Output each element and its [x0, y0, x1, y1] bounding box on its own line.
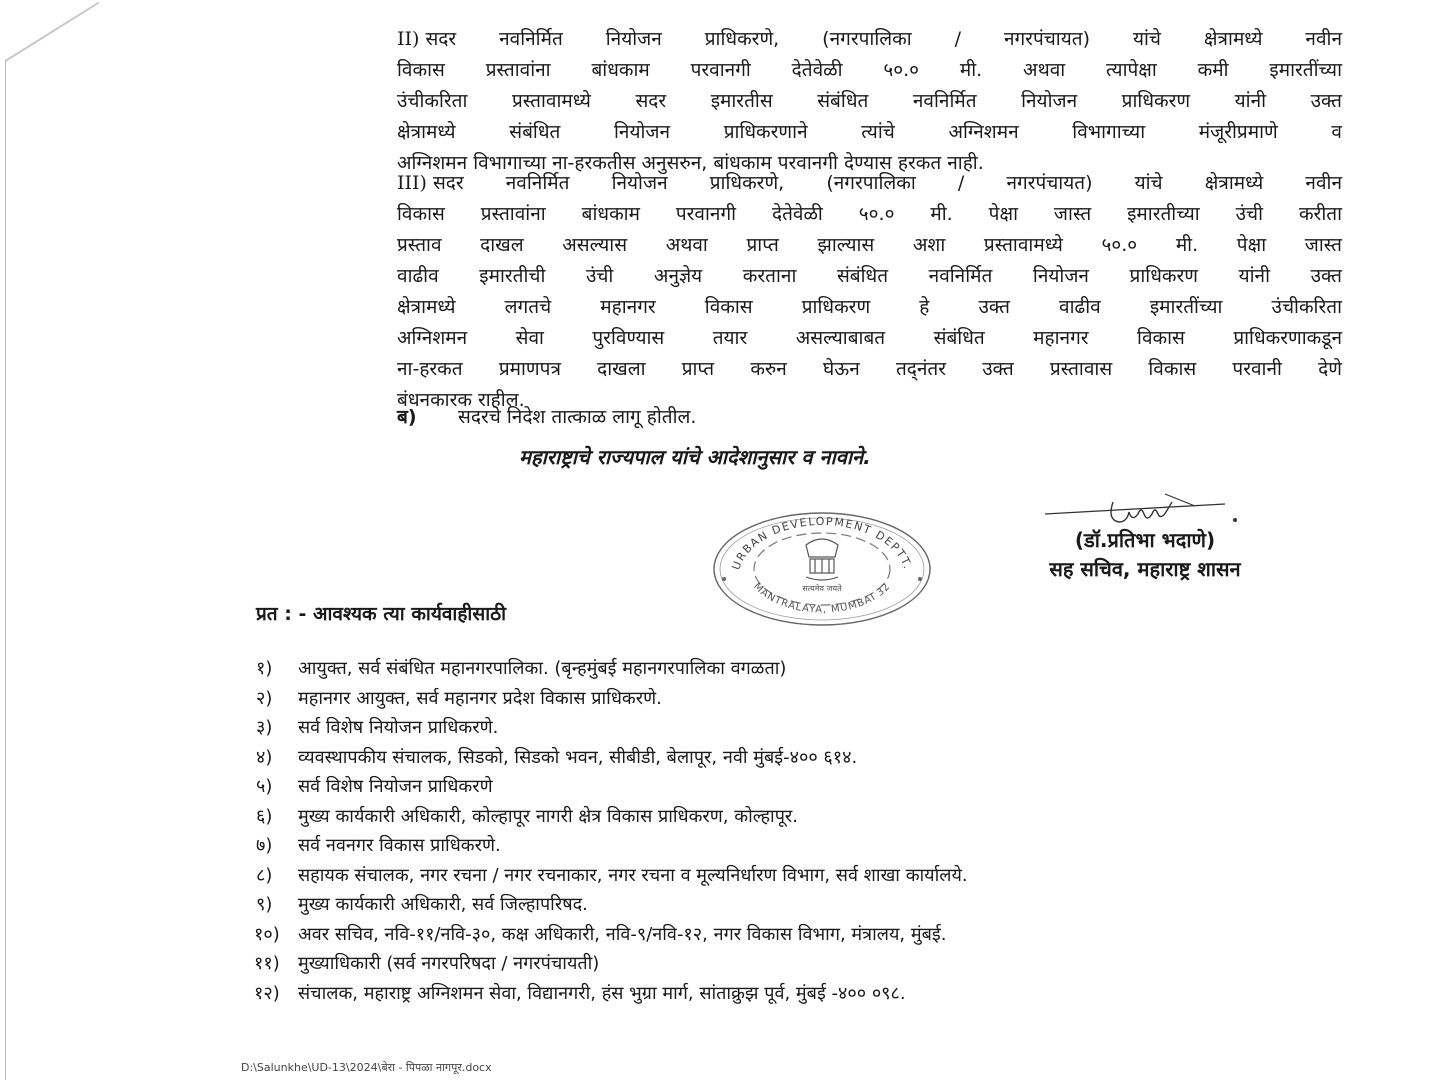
list-item-text: सर्व विशेष नियोजन प्राधिकरणे — [298, 776, 493, 797]
list-item-number: २) — [256, 684, 272, 714]
paragraph-line: III)सदर नवनिर्मित नियोजन प्राधिकरणे, (नग… — [397, 168, 1342, 199]
signatory-designation: सह सचिव, महाराष्ट्र शासन — [985, 555, 1305, 582]
page-left-edge — [5, 60, 6, 1080]
list-item-text: मुख्याधिकारी (सर्व नगरपरिषदा / नगरपंचायत… — [298, 953, 599, 974]
list-item-number: ८) — [256, 861, 272, 891]
paragraph-line: विकास प्रस्तावांना बांधकाम परवानगी देतेव… — [397, 55, 1342, 86]
svg-text:सत्यमेव जयते: सत्यमेव जयते — [802, 583, 842, 593]
list-item: ७)सर्व नवनगर विकास प्राधिकरणे. — [256, 831, 1346, 861]
list-item-number: १) — [256, 654, 272, 684]
list-item-text: मुख्य कार्यकारी अधिकारी, कोल्हापूर नागरी… — [298, 806, 798, 827]
paragraph-line: अग्निशमन सेवा पुरविण्यास तयार असल्याबाबत… — [397, 323, 1342, 354]
paragraph-line-text: उंचीकरिता प्रस्तावामध्ये सदर इमारतीस संब… — [397, 90, 1342, 112]
paragraph-line-text: अग्निशमन सेवा पुरविण्यास तयार असल्याबाबत… — [397, 327, 1342, 349]
list-item-number: ११) — [254, 949, 280, 979]
list-item-text: सर्व नवनगर विकास प्राधिकरणे. — [298, 835, 501, 856]
signature-icon — [1035, 490, 1255, 530]
list-item-text: सहायक संचालक, नगर रचना / नगर रचनाकार, नग… — [298, 865, 968, 886]
authority-line: महाराष्ट्राचे राज्यपाल यांचे आदेशानुसार … — [519, 443, 871, 470]
list-item-text: महानगर आयुक्त, सर्व महानगर प्रदेश विकास … — [298, 688, 662, 709]
page-fold-edge — [5, 2, 99, 62]
list-item-text: अवर सचिव, नवि-११/नवि-३०, कक्ष अधिकारी, न… — [298, 924, 946, 945]
paragraph-line-text: क्षेत्रामध्ये संबंधित नियोजन प्राधिकरणान… — [397, 121, 1342, 143]
urban-development-seal-icon: URBAN DEVELOPMENT DEPTT. MANTRALAYA, MUM… — [710, 507, 934, 627]
copy-recipient-list: १)आयुक्त, सर्व संबंधित महानगरपालिका. (बृ… — [256, 654, 1346, 1008]
paragraph-line: क्षेत्रामध्ये लगतचे महानगर विकास प्राधिक… — [397, 292, 1342, 323]
list-item-number: ७) — [256, 831, 272, 861]
list-item: १०)अवर सचिव, नवि-११/नवि-३०, कक्ष अधिकारी… — [256, 920, 1346, 950]
paragraph-marker: III) — [397, 172, 427, 194]
list-item: २)महानगर आयुक्त, सर्व महानगर प्रदेश विका… — [256, 684, 1346, 714]
paragraph-line-text: ना-हरकत प्रमाणपत्र दाखला प्राप्त करुन घे… — [397, 358, 1342, 380]
paragraph-line: क्षेत्रामध्ये संबंधित नियोजन प्राधिकरणान… — [397, 117, 1342, 148]
paragraph-line: उंचीकरिता प्रस्तावामध्ये सदर इमारतीस संब… — [397, 86, 1342, 117]
paragraph-line-text: क्षेत्रामध्ये लगतचे महानगर विकास प्राधिक… — [397, 296, 1342, 318]
national-emblem-icon — [806, 539, 838, 580]
list-item-number: ४) — [256, 743, 272, 773]
signature-block: (डॉ.प्रतिभा भदाणे) सह सचिव, महाराष्ट्र श… — [985, 490, 1305, 582]
list-item-text: व्यवस्थापकीय संचालक, सिडको, सिडको भवन, स… — [298, 747, 857, 768]
list-item-text: सर्व विशेष नियोजन प्राधिकरणे. — [298, 717, 498, 738]
paragraph-iii: III)सदर नवनिर्मित नियोजन प्राधिकरणे, (नग… — [397, 168, 1342, 416]
list-item: ८)सहायक संचालक, नगर रचना / नगर रचनाकार, … — [256, 861, 1346, 891]
list-item-number: ३) — [256, 713, 272, 743]
directive-text: सदरचे निदेश तात्काळ लागू होतील. — [458, 406, 696, 428]
list-item-number: ५) — [256, 772, 272, 802]
paragraph-line: वाढीव इमारतीची उंची अनुज्ञेय करताना संबं… — [397, 261, 1342, 292]
list-item: ६)मुख्य कार्यकारी अधिकारी, कोल्हापूर नाग… — [256, 802, 1346, 832]
list-item: ११)मुख्याधिकारी (सर्व नगरपरिषदा / नगरपंच… — [256, 949, 1346, 979]
signatory-name: (डॉ.प्रतिभा भदाणे) — [985, 526, 1305, 553]
list-item: ९)मुख्य कार्यकारी अधिकारी, सर्व जिल्हापर… — [256, 890, 1346, 920]
paragraph-marker: II) — [397, 28, 419, 50]
list-item: १२)संचालक, महाराष्ट्र अग्निशमन सेवा, विद… — [256, 979, 1346, 1009]
copy-heading: प्रत : - आवश्यक त्या कार्यवाहीसाठी — [256, 600, 506, 626]
paragraph-line: II)सदर नवनिर्मित नियोजन प्राधिकरणे, (नगर… — [397, 24, 1342, 55]
paragraph-line-text: विकास प्रस्तावांना बांधकाम परवानगी देतेव… — [397, 203, 1342, 225]
paragraph-line: ना-हरकत प्रमाणपत्र दाखला प्राप्त करुन घे… — [397, 354, 1342, 385]
list-item-text: मुख्य कार्यकारी अधिकारी, सर्व जिल्हापरिष… — [298, 894, 588, 915]
list-item: ४)व्यवस्थापकीय संचालक, सिडको, सिडको भवन,… — [256, 743, 1346, 773]
paragraph-line-text: सदर नवनिर्मित नियोजन प्राधिकरणे, (नगरपाल… — [433, 172, 1342, 194]
list-item: ५)सर्व विशेष नियोजन प्राधिकरणे — [256, 772, 1346, 802]
paragraph-line-text: सदर नवनिर्मित नियोजन प्राधिकरणे, (नगरपाल… — [425, 28, 1342, 50]
list-item: १)आयुक्त, सर्व संबंधित महानगरपालिका. (बृ… — [256, 654, 1346, 684]
list-item-number: ९) — [256, 890, 272, 920]
list-item-number: ६) — [256, 802, 272, 832]
paragraph-ii: II)सदर नवनिर्मित नियोजन प्राधिकरणे, (नगर… — [397, 24, 1342, 179]
list-item-number: १२) — [254, 979, 280, 1009]
paragraph-line-text: प्रस्ताव दाखल असल्यास अथवा प्राप्त झाल्य… — [397, 234, 1342, 256]
paragraph-line: विकास प्रस्तावांना बांधकाम परवानगी देतेव… — [397, 199, 1342, 230]
list-item-number: १०) — [254, 920, 280, 950]
paragraph-line-text: विकास प्रस्तावांना बांधकाम परवानगी देतेव… — [397, 59, 1342, 81]
directive-label: ब) — [397, 403, 452, 429]
paragraph-line: प्रस्ताव दाखल असल्यास अथवा प्राप्त झाल्य… — [397, 230, 1342, 261]
list-item-text: आयुक्त, सर्व संबंधित महानगरपालिका. (बृन्… — [298, 658, 786, 679]
footer-file-path: D:\Salunkhe\UD-13\2024\बेरा - पिपळा नागप… — [241, 1060, 492, 1075]
list-item: ३)सर्व विशेष नियोजन प्राधिकरणे. — [256, 713, 1346, 743]
directive-b: ब) सदरचे निदेश तात्काळ लागू होतील. — [397, 403, 696, 429]
list-item-text: संचालक, महाराष्ट्र अग्निशमन सेवा, विद्या… — [298, 983, 906, 1004]
paragraph-line-text: वाढीव इमारतीची उंची अनुज्ञेय करताना संबं… — [397, 265, 1342, 287]
